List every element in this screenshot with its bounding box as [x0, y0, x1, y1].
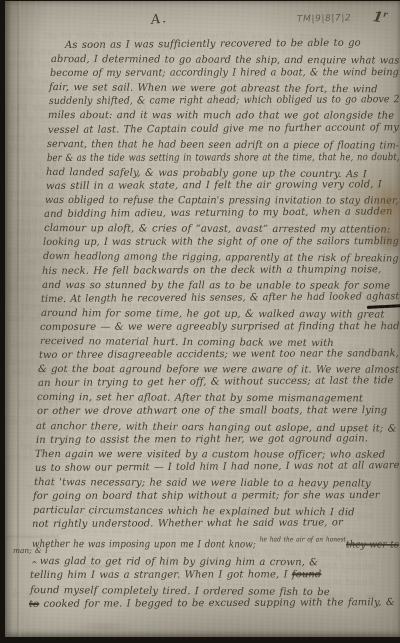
page-heading-letter: A.: [150, 11, 168, 28]
paper-stain: [378, 227, 400, 255]
folio-recto-suffix: r: [383, 9, 389, 20]
manuscript-line: his neck. He fell backwards on the deck …: [42, 263, 400, 279]
manuscript-line: composure — & we were agreeably surprise…: [40, 320, 400, 335]
manuscript-line: suddenly shifted, & came right ahead; wh…: [49, 94, 400, 110]
manuscript-line: time. At length he recovered his senses,…: [41, 290, 400, 307]
manuscript-photo: A. TM|9|8|7|2 1r As soon as I was suffic…: [0, 0, 400, 643]
manuscript-line: for going on board that ship without a p…: [33, 489, 400, 504]
folio-number: 1r: [372, 7, 389, 27]
manuscript-line: us to show our permit — I told him I had…: [34, 459, 400, 476]
manuscript-page: A. TM|9|8|7|2 1r As soon as I was suffic…: [5, 1, 400, 637]
manuscript-line: an hour in trying to get her off, & with…: [38, 374, 400, 391]
manuscript-line: looking up, I was struck with the sight …: [43, 235, 400, 250]
manuscript-line: to cooked for me. I begged to be excused…: [29, 596, 400, 612]
manuscript-text: As soon as I was sufficiently recovered …: [5, 39, 400, 612]
manuscript-line: vessel at last. The Captain could give m…: [48, 121, 400, 138]
manuscript-line: become of my servant; accordingly I hire…: [50, 66, 400, 81]
manuscript-line: As soon as I was sufficiently recovered …: [65, 36, 400, 53]
manuscript-line: was still in a weak state, and I felt th…: [45, 178, 400, 194]
manuscript-line: and bidding him adieu, was returning to …: [44, 205, 400, 222]
paper-stain: [75, 621, 135, 633]
manuscript-line: telling him I was a stranger. When I got…: [30, 569, 400, 584]
margin-insertion: man; & I: [13, 543, 400, 555]
manuscript-line: in trying to assist the men to right her…: [36, 432, 400, 448]
manuscript-line: ber & as the tide was setting in towards…: [47, 151, 400, 166]
manuscript-line: not rightly understood. Whether what he …: [32, 516, 400, 532]
catalog-shelfmark: TM|9|8|7|2: [297, 13, 352, 24]
manuscript-line: or other we drove athwart one of the sma…: [37, 404, 400, 419]
manuscript-line: two or three disagreeable accidents; we …: [39, 347, 400, 363]
